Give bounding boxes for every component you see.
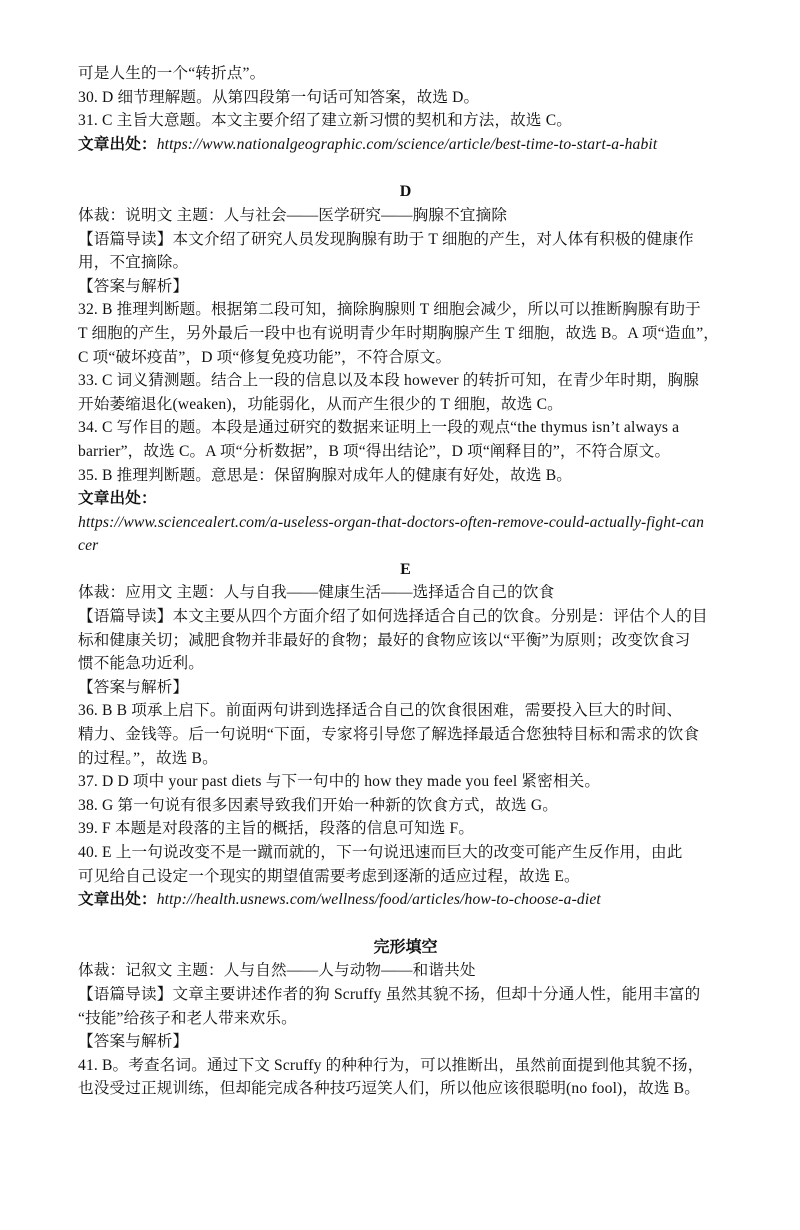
section-d-source-link-cont[interactable]: cer [78, 534, 733, 558]
spacer [78, 156, 733, 180]
section-d-answer-line: 34. C 写作目的题。本段是通过研究的数据来证明上一段的观点“the thym… [78, 416, 733, 440]
section-e-genre: 体裁：应用文 主题：人与自我——健康生活——选择适合自己的饮食 [78, 581, 733, 605]
source-e: 文章出处：http://health.usnews.com/wellness/f… [78, 888, 733, 912]
section-e-guide-1: 【语篇导读】本文主要从四个方面介绍了如何选择适合自己的饮食。分别是：评估个人的目 [78, 605, 733, 629]
section-d-answer-line: C 项“破坏疫苗”，D 项“修复免疫功能”，不符合原文。 [78, 346, 733, 370]
answer-31: 31. C 主旨大意题。本文主要介绍了建立新习惯的契机和方法，故选 C。 [78, 109, 733, 133]
section-e-answers-heading: 【答案与解析】 [78, 676, 733, 700]
source-link[interactable]: http://health.usnews.com/wellness/food/a… [157, 891, 601, 908]
document-page: 可是人生的一个“转折点”。 30. D 细节理解题。从第四段第一句话可知答案，故… [78, 62, 733, 1101]
source-label: 文章出处： [78, 136, 157, 153]
section-cloze-guide-2: “技能”给孩子和老人带来欢乐。 [78, 1007, 733, 1031]
section-e-answer-line: 39. F 本题是对段落的主旨的概括，段落的信息可知选 F。 [78, 817, 733, 841]
section-e-answer-line: 37. D D 项中 your past diets 与下一句中的 how th… [78, 770, 733, 794]
section-cloze-answer-line: 41. B。考查名词。通过下文 Scruffy 的种种行为，可以推断出，虽然前面… [78, 1054, 733, 1078]
continuation-line: 可是人生的一个“转折点”。 [78, 62, 733, 86]
section-d-answer-line: 33. C 词义猜测题。结合上一段的信息以及本段 however 的转折可知，在… [78, 369, 733, 393]
section-cloze-answers-heading: 【答案与解析】 [78, 1030, 733, 1054]
section-e-answer-line: 的过程。”，故选 B。 [78, 747, 733, 771]
section-e-answer-line: 40. E 上一句说改变不是一蹴而就的，下一句说迅速而巨大的改变可能产生反作用，… [78, 841, 733, 865]
section-cloze-title: 完形填空 [78, 936, 733, 960]
section-d-genre: 体裁：说明文 主题：人与社会——医学研究——胸腺不宜摘除 [78, 204, 733, 228]
section-e-answer-line: 可见给自己设定一个现实的期望值需要考虑到逐渐的适应过程，故选 E。 [78, 865, 733, 889]
section-cloze-genre: 体裁：记叙文 主题：人与自然——人与动物——和谐共处 [78, 959, 733, 983]
section-d-answers-heading: 【答案与解析】 [78, 275, 733, 299]
answer-30: 30. D 细节理解题。从第四段第一句话可知答案，故选 D。 [78, 86, 733, 110]
section-d-guide-1: 【语篇导读】本文介绍了研究人员发现胸腺有助于 T 细胞的产生，对人体有积极的健康… [78, 228, 733, 252]
section-d-answer-line: 开始萎缩退化(weaken)，功能弱化，从而产生很少的 T 细胞，故选 C。 [78, 393, 733, 417]
section-cloze-answer-line: 也没受过正规训练，但却能完成各种技巧逗笑人们，所以他应该很聪明(no fool)… [78, 1077, 733, 1101]
section-d-answer-line: T 细胞的产生，另外最后一段中也有说明青少年时期胸腺产生 T 细胞，故选 B。A… [78, 322, 733, 346]
source-link[interactable]: https://www.nationalgeographic.com/scien… [157, 136, 658, 153]
section-d-title: D [78, 180, 733, 204]
section-e-guide-3: 惯不能急功近利。 [78, 652, 733, 676]
section-d-answer-line: 32. B 推理判断题。根据第二段可知，摘除胸腺则 T 细胞会减少，所以可以推断… [78, 298, 733, 322]
section-e-title: E [78, 558, 733, 582]
section-d-answer-line: 35. B 推理判断题。意思是：保留胸腺对成年人的健康有好处，故选 B。 [78, 464, 733, 488]
section-d-guide-2: 用，不宜摘除。 [78, 251, 733, 275]
section-e-answer-line: 精力、金钱等。后一句说明“下面，专家将引导您了解选择最适合您独特目标和需求的饮食 [78, 723, 733, 747]
section-e-answer-line: 38. G 第一句说有很多因素导致我们开始一种新的饮食方式，故选 G。 [78, 794, 733, 818]
spacer [78, 912, 733, 936]
source-c: 文章出处：https://www.nationalgeographic.com/… [78, 133, 733, 157]
section-d-source-label: 文章出处： [78, 487, 733, 511]
section-e-guide-2: 标和健康关切；减肥食物并非最好的食物；最好的食物应该以“平衡”为原则；改变饮食习 [78, 629, 733, 653]
section-cloze-guide-1: 【语篇导读】文章主要讲述作者的狗 Scruffy 虽然其貌不扬，但却十分通人性，… [78, 983, 733, 1007]
source-label: 文章出处： [78, 891, 157, 908]
section-d-answer-line: barrier”，故选 C。A 项“分析数据”，B 项“得出结论”，D 项“阐释… [78, 440, 733, 464]
section-e-answer-line: 36. B B 项承上启下。前面两句讲到选择适合自己的饮食很困难，需要投入巨大的… [78, 699, 733, 723]
section-d-source-link[interactable]: https://www.sciencealert.com/a-useless-o… [78, 511, 733, 535]
